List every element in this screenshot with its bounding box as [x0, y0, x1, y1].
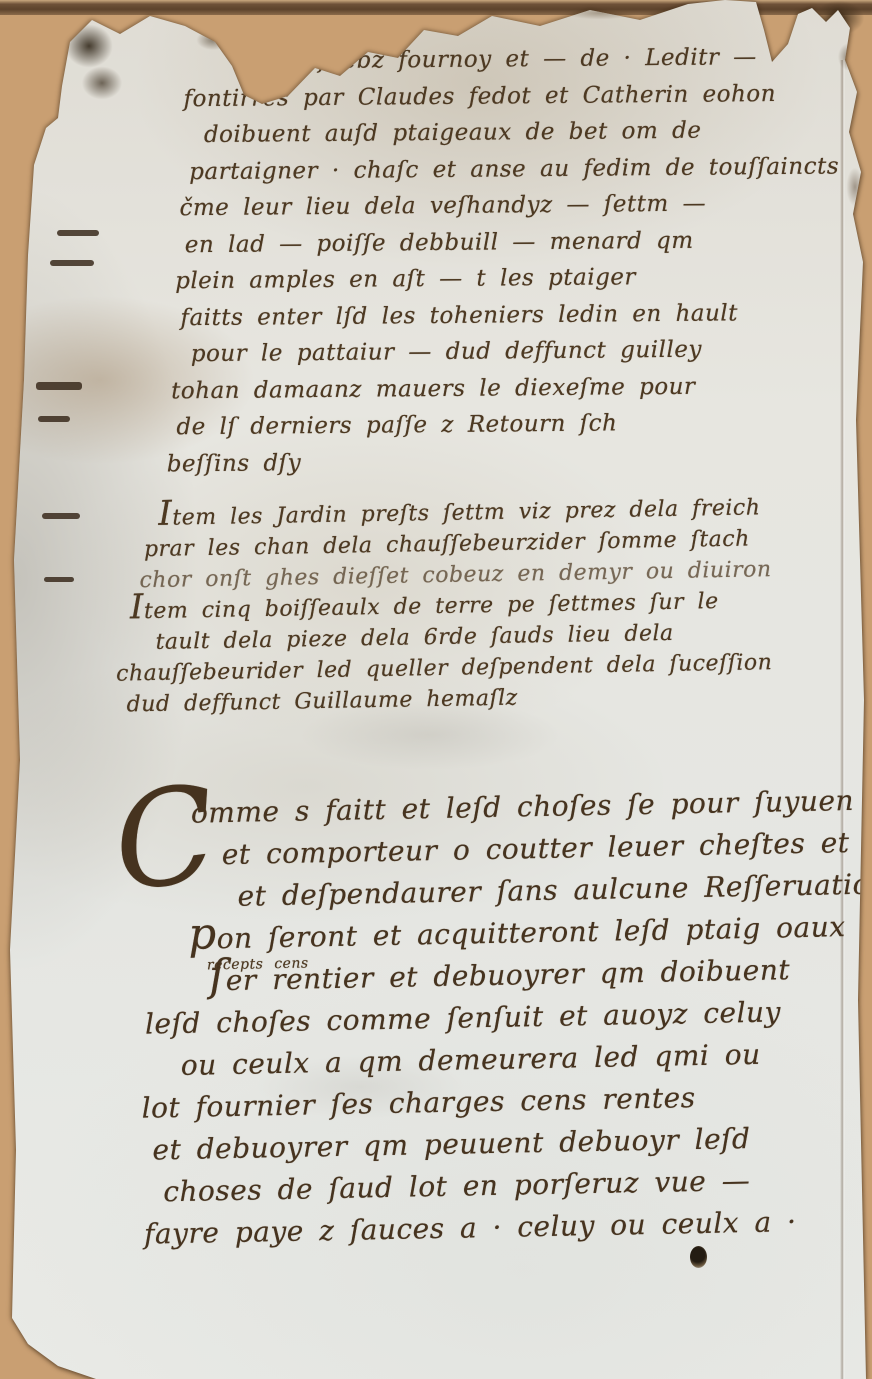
interlinear-note: recepts cens [207, 942, 309, 986]
handwritten-line: en lad — poiſſe debbuill — menard qm [185, 221, 872, 263]
handwritten-line: ſhebz fournoy et — de · Leditr — [318, 38, 870, 79]
handwritten-line: plein amples en aſt — t les ptaiger [175, 257, 872, 300]
text-block-parcels-clause: Item les Jardin preſts ſettm viz prez de… [0, 490, 872, 722]
handwritten-line: pour le pattaiur — dud deffunct guilley [191, 330, 872, 372]
page-wrapper: ſhebz fournoy et — de · Leditr — fontirr… [0, 0, 872, 1379]
text-block-opening-clause: ſhebz fournoy et — de · Leditr — fontirr… [0, 38, 872, 484]
handwritten-line: beſſins dſy [167, 440, 872, 483]
handwritten-line: tohan damaanz mauers le diexeſme pour [171, 367, 872, 410]
drop-cap-C: C [107, 767, 224, 911]
handwritten-line: faitts enter lſd les toheniers ledin en … [180, 294, 872, 337]
handwritten-line: doibuent auſd ptaigeaux de bet om de [204, 111, 871, 153]
handwritten-line: partaigner · chaſc et anse au fedim de t… [189, 148, 871, 190]
text-block-charges-clause: C recepts cens omme s faitt et leſd choſ… [0, 780, 872, 1259]
handwritten-line: čme leur lieu dela veſhandyz — ſettm — [179, 184, 871, 227]
handwritten-line: de lſ derniers paſſe z Retourn ſch [176, 403, 872, 446]
wormhole [690, 1246, 707, 1268]
handwritten-line: fontirres par Claudes fedot et Catherin … [183, 75, 870, 117]
manuscript-photo: ſhebz fournoy et — de · Leditr — fontirr… [0, 0, 872, 1379]
torn-edge-stain [552, 4, 648, 22]
manuscript-page: ſhebz fournoy et — de · Leditr — fontirr… [0, 0, 872, 1379]
